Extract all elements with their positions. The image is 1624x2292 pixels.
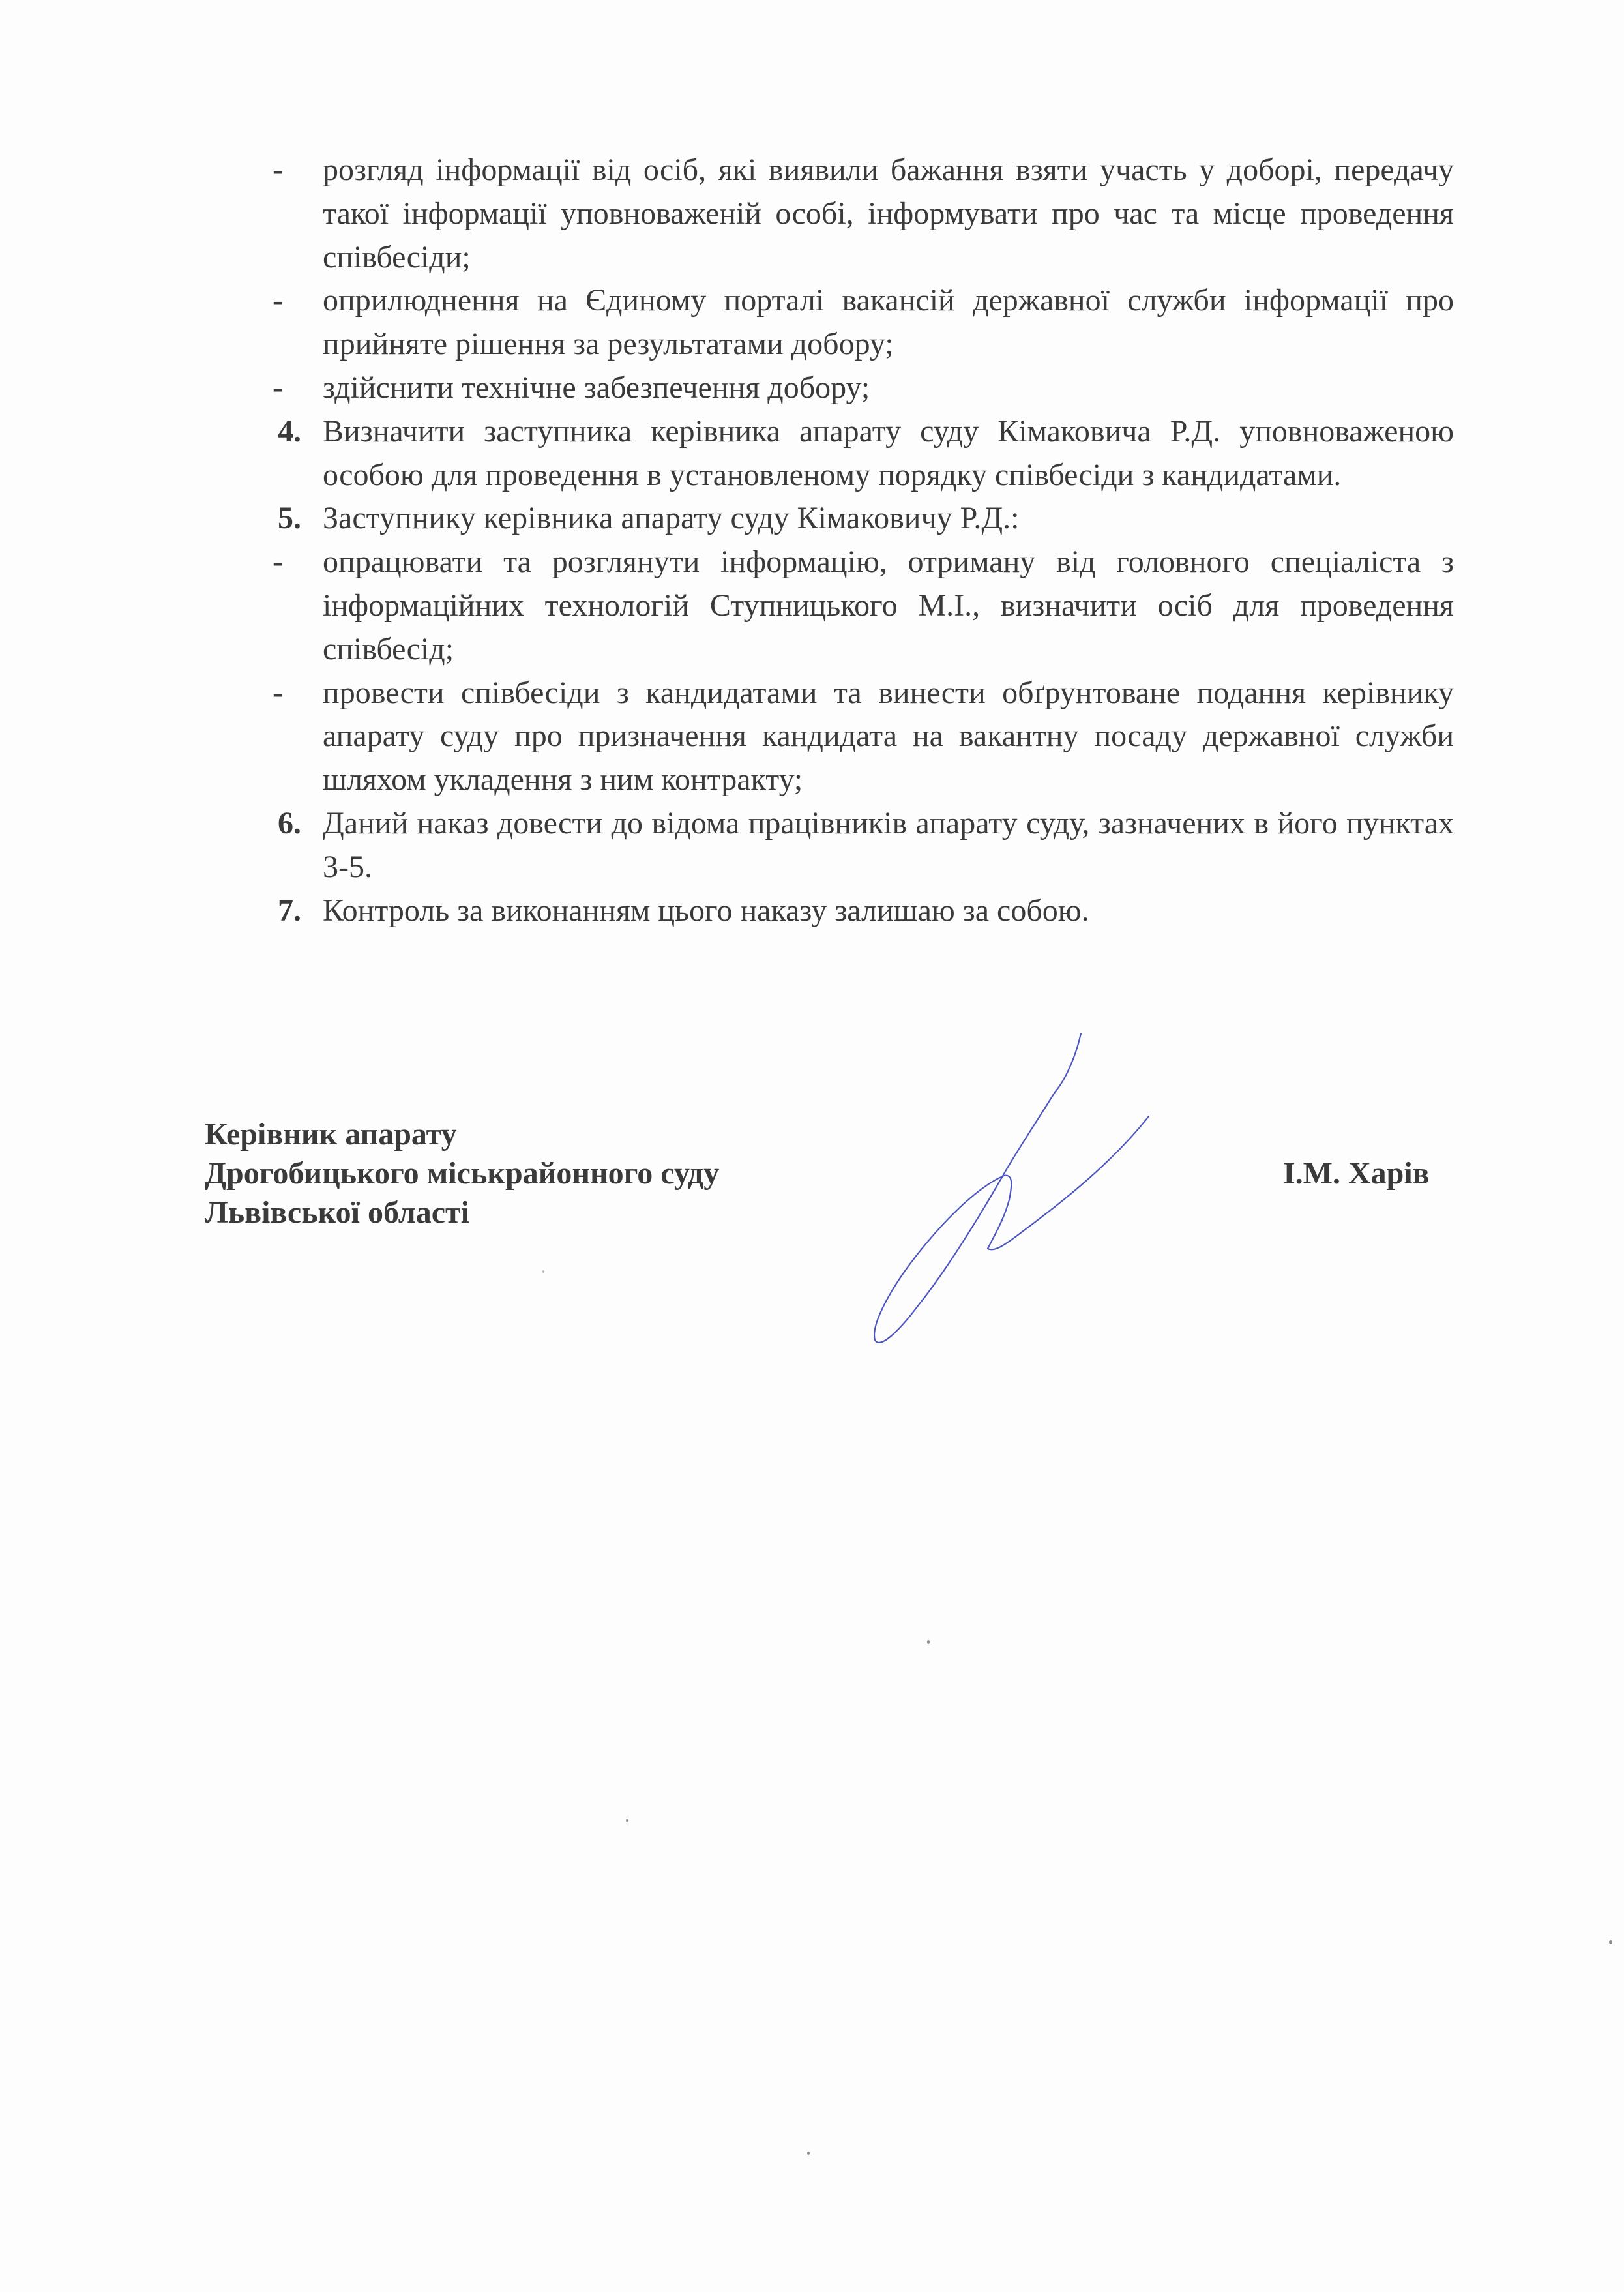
dash-marker: - [273,366,325,410]
numbered-item-6: 6. Даний наказ довести до відома працівн… [267,802,1454,889]
scan-speck [927,1640,930,1644]
item-text: Заступнику керівника апарату суду Кімако… [323,501,1019,535]
item-text: оприлюднення на Єдиному порталі вакансій… [323,283,1454,361]
list-item: - здійснити технічне забезпечення добору… [267,366,1454,410]
position-line: Керівник апарату [205,1115,719,1154]
item-text: опрацювати та розглянути інформацію, отр… [323,544,1454,666]
dash-marker: - [273,149,325,192]
numbered-item-4: 4. Визначити заступника керівника апарат… [267,410,1454,498]
scan-speck [542,1270,544,1273]
item-text: провести співбесіди з кандидатами та вин… [323,676,1454,797]
item-number: 5. [278,497,330,541]
item-text: розгляд інформації від осіб, які виявили… [323,153,1454,275]
item-text: Контроль за виконанням цього наказу зали… [323,893,1089,928]
list-item: - опрацювати та розглянути інформацію, о… [267,541,1454,671]
signatory-name: І.М. Харів [1283,1154,1430,1193]
order-body: - розгляд інформації від осіб, які вияви… [267,149,1454,932]
dash-marker: - [273,279,325,323]
handwritten-signature-icon [848,1011,1239,1402]
dash-marker: - [273,541,325,584]
item-text: Даний наказ довести до відома працівникі… [323,806,1454,884]
item-number: 4. [278,410,330,454]
scan-speck [626,1819,628,1822]
item-number: 7. [278,889,330,933]
item-number: 6. [278,802,330,846]
list-item: - розгляд інформації від осіб, які вияви… [267,149,1454,279]
item-text: здійснити технічне забезпечення добору; [323,370,870,405]
position-line: Дрогобицького міськрайонного суду [205,1154,719,1193]
list-item: - оприлюднення на Єдиному порталі ваканс… [267,279,1454,366]
numbered-item-5: 5. Заступнику керівника апарату суду Кім… [267,497,1454,541]
dash-marker: - [273,672,325,715]
position-line: Львівської області [205,1193,719,1232]
signatory-position: Керівник апарату Дрогобицького міськрайо… [205,1115,719,1232]
list-item: - провести співбесіди з кандидатами та в… [267,672,1454,802]
item-text: Визначити заступника керівника апарату с… [323,414,1454,492]
numbered-item-7: 7. Контроль за виконанням цього наказу з… [267,889,1454,933]
scan-speck [1609,1940,1612,1944]
scan-speck [807,2152,810,2155]
